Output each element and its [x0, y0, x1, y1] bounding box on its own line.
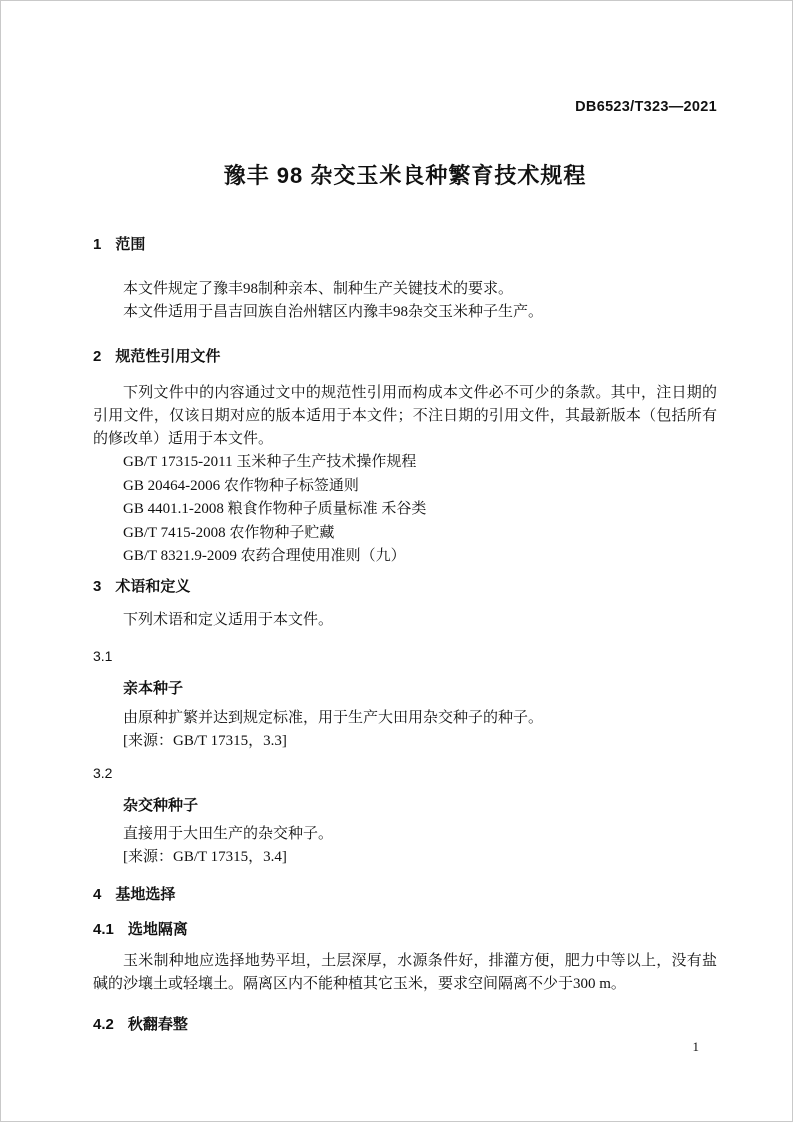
- terms-intro: 下列术语和定义适用于本文件。: [93, 609, 717, 632]
- section-3-heading: 3术语和定义: [93, 579, 717, 595]
- normative-refs-intro: 下列文件中的内容通过文中的规范性引用而构成本文件必不可少的条款。其中，注日期的引…: [93, 382, 717, 451]
- term-3-2-number: 3.2: [93, 765, 717, 781]
- section-4-2-label: 秋翻春整: [128, 1016, 188, 1033]
- normative-refs-list: GB/T 17315-2011 玉米种子生产技术操作规程 GB 20464-20…: [93, 451, 717, 569]
- reference-item: GB/T 7415-2008 农作物种子贮藏: [93, 522, 717, 546]
- term-3-2-definition: 直接用于大田生产的杂交种子。: [93, 823, 717, 846]
- site-isolation-paragraph: 玉米制种地应选择地势平坦，土层深厚，水源条件好，排灌方便，肥力中等以上，没有盐碱…: [93, 950, 717, 996]
- section-4-2-heading: 4.2秋翻春整: [93, 1017, 717, 1033]
- section-4-1-number: 4.1: [93, 922, 114, 938]
- term-3-1-name: 亲本种子: [93, 681, 717, 697]
- reference-item: GB/T 17315-2011 玉米种子生产技术操作规程: [93, 451, 717, 475]
- term-3-2-name: 杂交种种子: [93, 798, 717, 814]
- term-3-1-source: [来源：GB/T 17315，3.3]: [93, 730, 717, 753]
- term-3-2-source: [来源：GB/T 17315，3.4]: [93, 846, 717, 869]
- standard-code: DB6523/T323—2021: [93, 100, 717, 115]
- section-4-number: 4: [93, 887, 101, 903]
- section-4-label: 基地选择: [115, 886, 175, 903]
- document-page: DB6523/T323—2021 豫丰 98 杂交玉米良种繁育技术规程 1范围 …: [0, 0, 793, 1122]
- section-2-number: 2: [93, 349, 101, 365]
- section-4-heading: 4基地选择: [93, 887, 717, 903]
- section-2-label: 规范性引用文件: [115, 348, 220, 365]
- section-4-1-label: 选地隔离: [128, 921, 188, 938]
- section-3-number: 3: [93, 579, 101, 595]
- section-4-2-number: 4.2: [93, 1017, 114, 1033]
- reference-item: GB/T 8321.9-2009 农药合理使用准则（九）: [93, 545, 717, 569]
- section-4-1-heading: 4.1选地隔离: [93, 922, 717, 938]
- section-3-label: 术语和定义: [115, 578, 190, 595]
- section-1-number: 1: [93, 237, 101, 253]
- reference-item: GB 20464-2006 农作物种子标签通则: [93, 475, 717, 499]
- scope-paragraph-1: 本文件规定了豫丰98制种亲本、制种生产关键技术的要求。: [93, 278, 717, 301]
- page-number: 1: [93, 1039, 717, 1054]
- reference-item: GB 4401.1-2008 粮食作物种子质量标准 禾谷类: [93, 498, 717, 522]
- section-1-heading: 1范围: [93, 237, 717, 253]
- section-1-label: 范围: [115, 236, 145, 253]
- document-title: 豫丰 98 杂交玉米良种繁育技术规程: [93, 163, 717, 189]
- section-2-heading: 2规范性引用文件: [93, 349, 717, 365]
- term-3-1-number: 3.1: [93, 648, 717, 664]
- term-3-1-definition: 由原种扩繁并达到规定标准，用于生产大田用杂交种子的种子。: [93, 707, 717, 730]
- scope-paragraph-2: 本文件适用于昌吉回族自治州辖区内豫丰98杂交玉米种子生产。: [93, 301, 717, 324]
